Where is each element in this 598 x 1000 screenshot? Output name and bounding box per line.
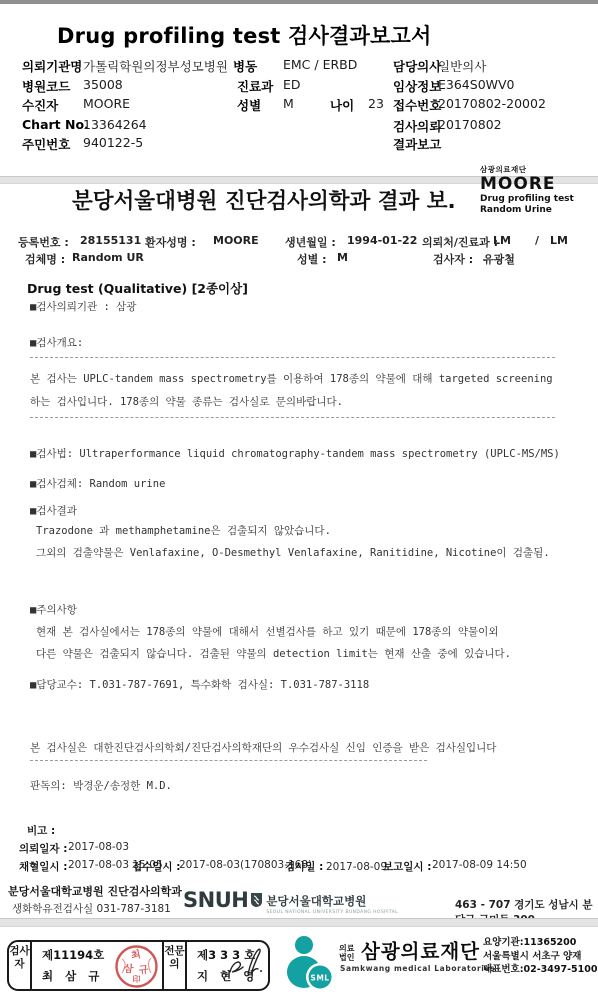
signature-icon <box>224 944 266 990</box>
patient-name-label: 환자성명 : <box>145 234 196 250</box>
patient-reg-value: 28155131 <box>80 234 141 247</box>
request-info-row-3: 수진자 MOORE 성별 M 나이 23 접수번호 20170802-20002 <box>0 96 598 114</box>
request-date-label: 의뢰일자 : <box>19 841 67 856</box>
collection-date-label: 채혈일시 : <box>19 859 67 874</box>
field-label: 담당의사 <box>393 57 441 75</box>
body-line: 다른 약물은 검출되지 않습니다. 검출된 약물의 detection limi… <box>36 646 511 661</box>
snuh-shield-icon <box>250 892 263 912</box>
field-label: 주민번호 <box>22 135 70 153</box>
svg-text:최: 최 <box>130 947 142 962</box>
field-value: 일반의사 <box>438 57 486 75</box>
specialist-cell: 제3 3 3 호 지 현 영 <box>187 942 268 989</box>
sml-logo-icon: SML <box>283 934 335 998</box>
svg-text:SML: SML <box>310 974 329 983</box>
sex-value: M <box>337 251 348 264</box>
body-line: ■검사법: Ultraperformance liquid chromatogr… <box>30 446 560 461</box>
sml-foundation-name: 삼광의료재단 <box>361 936 480 964</box>
sml-contact-block: 요양기관:11365200 서울특별시 서초구 양재 대표번호:02-3497-… <box>483 936 598 977</box>
request-info-row-2: 병원코드 35008 진료과 ED 임상정보 E364S0WV0 <box>0 77 598 95</box>
svg-text:印: 印 <box>133 974 141 984</box>
patient-dept2-value: LM <box>550 234 568 247</box>
patient-name-value: MOORE <box>213 234 259 247</box>
patient-birth-value: 1994-01-22 <box>347 234 417 247</box>
field-value: 가톨릭학원의정부성모병원 <box>83 57 228 75</box>
test-name-title: Drug test (Qualitative) [2종이상] <box>27 279 248 297</box>
body-line: ■검사결과 <box>30 503 77 518</box>
field-value: 940122-5 <box>83 135 143 150</box>
lab-room-phone: 생화학유전검사실 031-787-3181 <box>12 901 171 916</box>
examiner-license-no: 제11194호 <box>42 947 104 963</box>
specimen-label: 검체명 : <box>25 251 65 267</box>
body-line: ■검사검체: Random urine <box>30 476 165 491</box>
field-label: Chart No. <box>22 117 89 132</box>
sml-prefix-line2: 법인 <box>339 953 354 962</box>
field-label: 의뢰기관명 <box>22 57 82 75</box>
body-line: ■검사의뢰기관 : 삼광 <box>30 299 136 314</box>
dashed-separator <box>30 417 555 418</box>
patient-birth-label: 생년월일 : <box>285 234 336 250</box>
snuh-hospital-name-en: SEOUL NATIONAL UNIVERSITY BUNDANG HOSPIT… <box>266 910 398 915</box>
field-label: 수진자 <box>22 96 58 114</box>
field-label: 성별 <box>237 96 261 114</box>
tester-label: 검사자 : <box>433 251 473 267</box>
snuh-logo: SNUH 분당서울대학교병원 SEOUL NATIONAL UNIVERSITY… <box>183 889 398 915</box>
corner-specimen: Random Urine <box>480 205 595 215</box>
sml-entity-prefix: 의료 법인 <box>339 944 354 962</box>
body-line: Trazodone 과 methamphetamine은 검출되지 않았습니다. <box>36 523 331 538</box>
field-value: 35008 <box>83 77 123 92</box>
field-label: 검사의뢰 <box>393 117 441 135</box>
examiner-name: 최 삼 규 <box>42 968 103 984</box>
request-date-value: 2017-08-03 <box>68 841 129 853</box>
patient-dept-label: 의뢰처/진료과 : <box>422 234 498 250</box>
field-label: 결과보고 <box>393 135 441 153</box>
receipt-date-label: 접수일시 : <box>132 859 180 874</box>
body-line: 본 검사는 UPLC-tandem mass spectrometry를 이용하… <box>30 371 553 386</box>
report-date-value: 2017-08-09 14:50 <box>432 859 527 871</box>
body-line: 판독의: 박경운/송정한 M.D. <box>30 778 172 793</box>
sml-phone: 대표번호:02-3497-5100 <box>483 963 598 977</box>
snuh-text-block: 분당서울대학교병원 SEOUL NATIONAL UNIVERSITY BUND… <box>266 889 398 915</box>
examiner-cell: 제11194호 최 삼 규 최 삼 규 印 <box>32 942 162 989</box>
snuh-hospital-name: 분당서울대학교병원 <box>266 893 398 909</box>
sml-address: 서울특별시 서초구 양재 <box>483 950 598 964</box>
field-value: 20170802-20002 <box>438 96 546 111</box>
field-label: 나이 <box>330 96 354 114</box>
test-date-value: 2017-08-09 <box>326 861 387 873</box>
specialist-vertical-label: 전문의 <box>164 942 187 989</box>
field-label: 접수번호 <box>393 96 441 114</box>
body-line: ■검사개요: <box>30 335 83 350</box>
drug-test-report-page: Drug profiling test 검사결과보고서 의뢰기관명 가톨릭학원의… <box>0 0 598 1000</box>
field-value: M <box>283 96 294 111</box>
report-title: 분당서울대병원 진단검사의학과 결과 보. <box>72 184 456 215</box>
remarks-label: 비고 : <box>27 823 55 838</box>
document-title: Drug profiling test 검사결과보고서 <box>57 20 431 50</box>
field-label: 병원코드 <box>22 77 70 95</box>
specimen-value: Random UR <box>72 251 144 264</box>
red-seal-stamp-icon: 최 삼 규 印 <box>114 944 159 991</box>
corner-patient-name: MOORE <box>480 175 595 195</box>
top-divider <box>0 0 598 4</box>
sex-label: 성별 : <box>297 251 326 267</box>
corner-stamp-block: 삼광의료재단 MOORE Drug profiling test Random … <box>480 166 595 215</box>
examiner-vertical-label: 검사자 <box>9 942 32 989</box>
footer-separator <box>0 918 598 927</box>
body-line: 하는 검사입니다. 178종의 약물 종류는 검사실로 문의바랍니다. <box>30 394 343 409</box>
report-date-label: 보고일시 : <box>383 859 431 874</box>
test-date-label: 검사일 : <box>285 859 323 874</box>
dashed-separator <box>30 357 555 358</box>
request-info-row-5: 주민번호 940122-5 결과보고 <box>0 135 598 153</box>
field-value: 13364264 <box>83 117 147 132</box>
body-line: 현재 본 검사실에서는 178종의 약물에 대해서 선별검사를 하고 있기 때문… <box>36 624 498 639</box>
field-value: ED <box>283 77 301 92</box>
field-value: EMC / ERBD <box>283 57 357 72</box>
field-label: 진료과 <box>237 77 273 95</box>
body-line: 그외의 검출약물은 Venlafaxine, O-Desmethyl Venla… <box>36 545 550 560</box>
sml-foundation-name-en: Samkwang medical Laboratories <box>340 964 495 973</box>
body-line: ■주의사항 <box>30 602 77 617</box>
tester-value: 유광철 <box>483 251 515 267</box>
snuh-wordmark: SNUH <box>183 889 248 911</box>
field-value: MOORE <box>83 96 130 111</box>
request-info-row-1: 의뢰기관명 가톨릭학원의정부성모병원 병동 EMC / ERBD 담당의사 일반… <box>0 57 598 75</box>
lab-department: 분당서울대학교병원 진단검사의학과 <box>8 883 182 899</box>
field-value: 23 <box>368 96 384 111</box>
body-line: 본 검사실은 대한진단검사의학회/진단검사의학재단의 우수검사실 신임 인증을 … <box>30 740 496 755</box>
field-value: E364S0WV0 <box>438 77 515 92</box>
patient-dept-value: LM <box>493 234 511 247</box>
field-value: 20170802 <box>438 117 502 132</box>
request-info-row-4: Chart No. 13364264 검사의뢰 20170802 <box>0 117 598 135</box>
certification-box: 검사자 제11194호 최 삼 규 최 삼 규 印 전문의 제3 3 <box>7 940 270 991</box>
field-label: 병동 <box>233 57 257 75</box>
dashed-separator <box>30 760 427 761</box>
body-line: ■담당교수: T.031-787-7691, 특수화학 검사실: T.031-7… <box>30 677 369 692</box>
patient-dept-sep: / <box>535 234 539 247</box>
sml-care-number: 요양기관:11365200 <box>483 936 598 950</box>
sml-prefix-line1: 의료 <box>339 944 354 953</box>
field-label: 임상정보 <box>393 77 441 95</box>
patient-reg-label: 등록번호 : <box>18 234 69 250</box>
corner-test-name: Drug profiling test <box>480 194 595 204</box>
